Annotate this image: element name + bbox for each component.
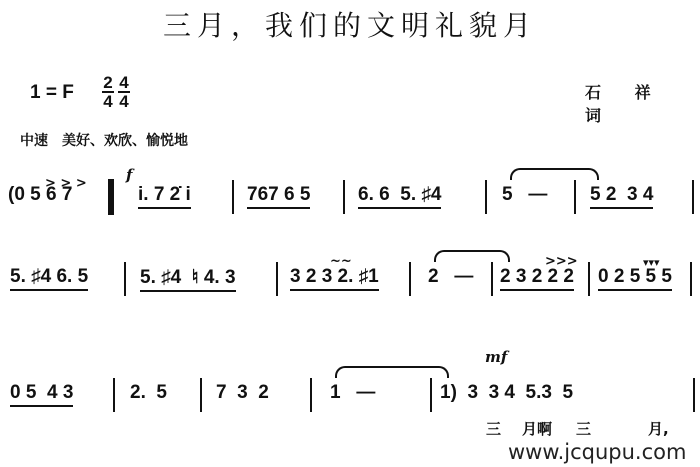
repeat-barline	[108, 179, 114, 215]
tie	[434, 250, 510, 262]
watermark: www.jcqupu.com	[508, 440, 686, 464]
lyric: 月啊	[522, 418, 552, 439]
measure: 3 2 3 2. ♯1	[290, 266, 379, 291]
measure: 0 2 5 5 5	[598, 266, 672, 291]
meter-denominator: 4	[119, 93, 128, 110]
barline	[232, 180, 234, 214]
barline	[310, 378, 312, 412]
measure: 2 —	[428, 266, 473, 288]
measure: (0 5 6 7	[8, 184, 72, 206]
barline	[430, 378, 432, 412]
lyric: 三	[576, 418, 591, 439]
barline	[343, 180, 345, 214]
measure: 6. 6 5. ♯4	[358, 184, 441, 209]
measure: 767 6 5	[247, 184, 310, 209]
barline	[693, 378, 695, 412]
time-signature: 24 44	[102, 74, 130, 110]
barline	[690, 262, 692, 296]
tie	[335, 366, 449, 378]
tie	[510, 168, 599, 180]
barline	[588, 262, 590, 296]
tempo-marking: 中速 美好、欢欣、愉悦地	[20, 130, 188, 150]
dynamic-marking: f	[126, 166, 132, 184]
measure: 0 5 4 3	[10, 382, 73, 407]
measure: 5 —	[502, 184, 547, 206]
barline	[485, 180, 487, 214]
barline	[124, 262, 126, 296]
barline	[409, 262, 411, 296]
measure: 2 3 2 2 2	[500, 266, 574, 291]
score-row-1: > > > (0 5 6 7 f i. 7 2̇ i 767 6 5 6. 6 …	[0, 180, 700, 240]
barline	[574, 180, 576, 214]
lyric: 三	[486, 418, 501, 439]
barline	[113, 378, 115, 412]
measure: 7 3 2	[216, 382, 269, 404]
key-signature: 1 = F	[30, 82, 74, 104]
meter-numerator: 4	[119, 74, 128, 91]
barline	[692, 180, 694, 214]
meter-numerator: 2	[103, 74, 112, 91]
song-title: 三月，我们的文明礼貌月	[0, 4, 700, 44]
meter-denominator: 4	[103, 93, 112, 110]
dynamic-marking: mf	[485, 348, 507, 366]
barline	[276, 262, 278, 296]
barline	[491, 262, 493, 296]
measure: 1) 3 3 4 5.3 5	[440, 382, 573, 404]
lyric: 月,	[648, 418, 669, 439]
measure: 1 —	[330, 382, 375, 404]
score-row-2: 5. ♯4 6. 5 5. ♯4 ♮ 4. 3 ~~ 3 2 3 2. ♯1 2…	[0, 262, 700, 322]
lyricist: 石 祥 词	[585, 80, 700, 126]
measure: i. 7 2̇ i	[138, 184, 191, 209]
measure: 2. 5	[130, 382, 167, 404]
measure: 5 2 3 4	[590, 184, 653, 209]
measure: 5. ♯4 ♮ 4. 3	[140, 266, 236, 292]
barline	[200, 378, 202, 412]
measure: 5. ♯4 6. 5	[10, 266, 88, 291]
score-row-3: mf 0 5 4 3 2. 5 7 3 2 1 — 1) 3 3 4 5.3 5…	[0, 378, 700, 438]
